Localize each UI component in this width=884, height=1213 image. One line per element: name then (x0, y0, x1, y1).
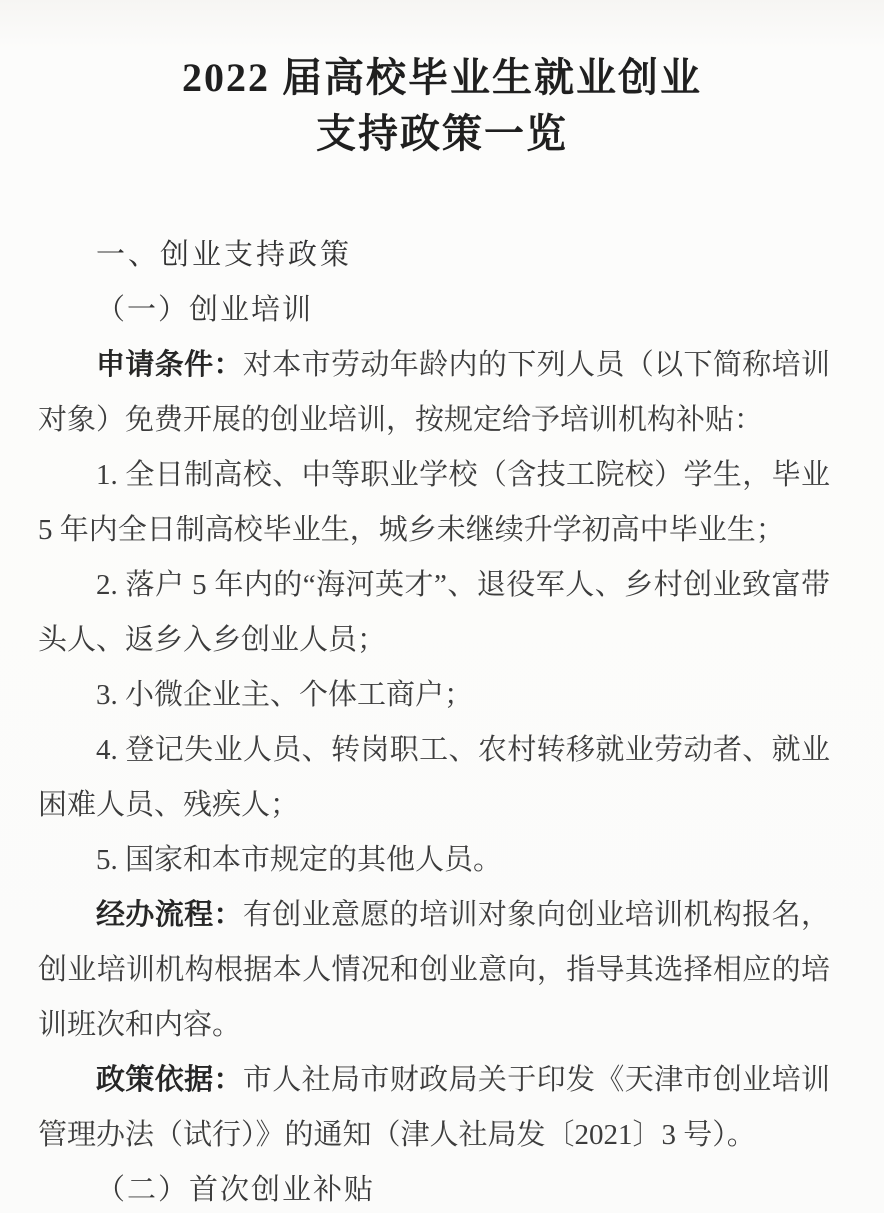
paragraph-policy-basis-label: 政策依据： (96, 1064, 243, 1096)
list-item-2: 2. 落户 5 年内的“海河英才”、退役军人、乡村创业致富带头人、返乡入乡创业人… (38, 558, 830, 668)
scanned-document-page: 2022 届高校毕业生就业创业 支持政策一览 一、创业支持政策 （一）创业培训 … (0, 0, 884, 1213)
paragraph-apply-conditions: 申请条件：对本市劳动年龄内的下列人员（以下简称培训对象）免费开展的创业培训，按规… (38, 338, 830, 448)
section-heading-entrepreneurship-support: 一、创业支持政策 (38, 228, 830, 283)
document-title-line-2: 支持政策一览 (0, 106, 884, 162)
paragraph-policy-basis: 政策依据：市人社局市财政局关于印发《天津市创业培训管理办法（试行）》的通知（津人… (38, 1053, 830, 1163)
document-title-line-1: 2022 届高校毕业生就业创业 (0, 50, 884, 106)
subsection-heading-startup-training: （一）创业培训 (38, 283, 830, 338)
document-body: 一、创业支持政策 （一）创业培训 申请条件：对本市劳动年龄内的下列人员（以下简称… (0, 228, 884, 1213)
list-item-5: 5. 国家和本市规定的其他人员。 (38, 833, 830, 888)
document-title: 2022 届高校毕业生就业创业 支持政策一览 (0, 50, 884, 162)
subsection-heading-first-startup-subsidy: （二）首次创业补贴 (38, 1163, 830, 1213)
paragraph-process: 经办流程：有创业意愿的培训对象向创业培训机构报名，创业培训机构根据本人情况和创业… (38, 888, 830, 1053)
paragraph-process-label: 经办流程： (96, 899, 243, 931)
paragraph-apply-conditions-label: 申请条件： (96, 349, 243, 381)
list-item-3: 3. 小微企业主、个体工商户； (38, 668, 830, 723)
list-item-4: 4. 登记失业人员、转岗职工、农村转移就业劳动者、就业困难人员、残疾人； (38, 723, 830, 833)
list-item-1: 1. 全日制高校、中等职业学校（含技工院校）学生，毕业 5 年内全日制高校毕业生… (38, 448, 830, 558)
